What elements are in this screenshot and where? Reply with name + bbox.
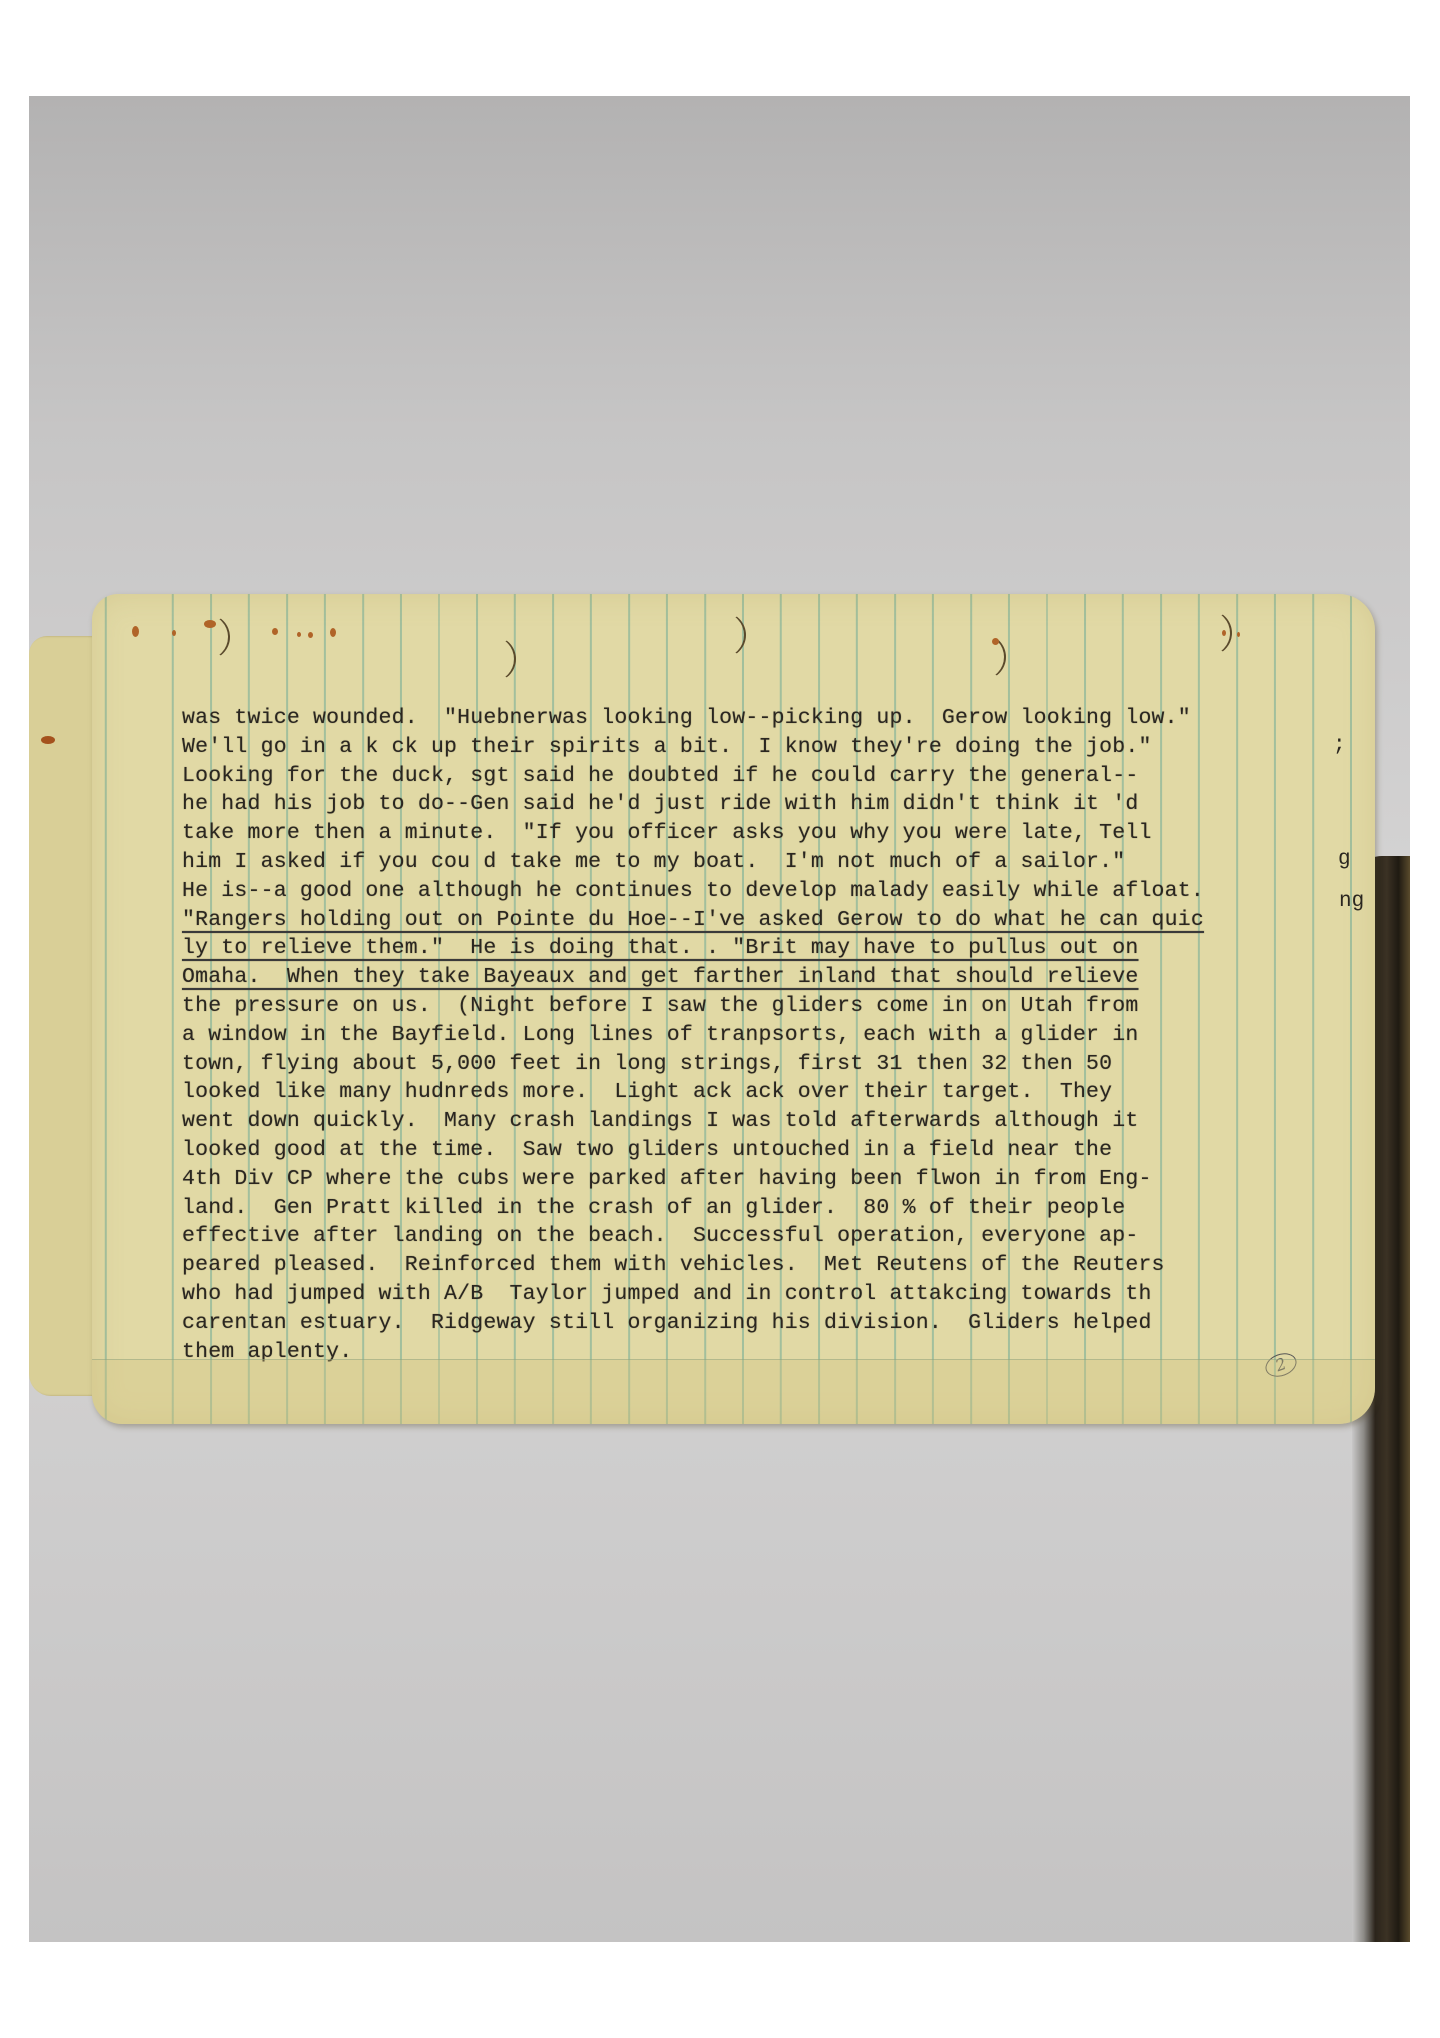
margin-semicolon: ; <box>1333 734 1346 757</box>
rust-stain <box>297 632 301 637</box>
text-line: the pressure on us. (Night before I saw … <box>182 992 1352 1021</box>
punch-hole <box>470 636 516 682</box>
text-line: he had his job to do--Gen said he'd just… <box>182 790 1352 819</box>
rust-stain <box>330 628 336 637</box>
text-line: went down quickly. Many crash landings I… <box>182 1107 1352 1136</box>
underlined-text-line: Omaha. When they take Bayeaux and get fa… <box>182 963 1352 992</box>
text-line: him I asked if you cou d take me to my b… <box>182 848 1352 877</box>
text-line: looked good at the time. Saw two gliders… <box>182 1136 1352 1165</box>
punch-hole <box>700 612 746 658</box>
scanned-photo: was twice wounded. "Huebnerwas looking l… <box>29 96 1410 1942</box>
rust-stain <box>132 626 139 637</box>
text-line: He is--a good one although he continues … <box>182 877 1352 906</box>
text-line: peared pleased. Reinforced them with veh… <box>182 1251 1352 1280</box>
punch-hole <box>960 634 1006 680</box>
rust-stain <box>308 632 313 638</box>
margin-letter-g: g <box>1338 848 1351 871</box>
note-card: was twice wounded. "Huebnerwas looking l… <box>92 594 1375 1424</box>
underlined-text-line: "Rangers holding out on Pointe du Hoe--I… <box>182 906 1352 935</box>
rust-stain <box>204 620 216 628</box>
typed-text: was twice wounded. "Huebnerwas looking l… <box>182 704 1352 1366</box>
underlined-text-line: ly to relieve them." He is doing that. .… <box>182 934 1352 963</box>
text-line: take more then a minute. "If you officer… <box>182 819 1352 848</box>
text-line: looked like many hudnreds more. Light ac… <box>182 1078 1352 1107</box>
text-line: was twice wounded. "Huebnerwas looking l… <box>182 704 1352 733</box>
text-line: them aplenty. <box>182 1338 1352 1367</box>
text-line: 4th Div CP where the cubs were parked af… <box>182 1165 1352 1194</box>
text-line: We'll go in a k ck up their spirits a bi… <box>182 733 1352 762</box>
rust-stain <box>1237 632 1240 637</box>
text-line: who had jumped with A/B Taylor jumped an… <box>182 1280 1352 1309</box>
text-line: carentan estuary. Ridgeway still organiz… <box>182 1309 1352 1338</box>
text-line: a window in the Bayfield. Long lines of … <box>182 1021 1352 1050</box>
margin-letters-ng: ng <box>1339 890 1364 913</box>
text-line: Looking for the duck, sgt said he doubte… <box>182 762 1352 791</box>
rust-stain <box>992 638 999 645</box>
text-line: town, flying about 5,000 feet in long st… <box>182 1050 1352 1079</box>
rust-stain <box>41 736 55 744</box>
rust-stain <box>172 630 176 636</box>
text-line: land. Gen Pratt killed in the crash of a… <box>182 1194 1352 1223</box>
rust-stain <box>272 628 278 635</box>
text-line: effective after landing on the beach. Su… <box>182 1222 1352 1251</box>
rust-stain <box>1222 630 1226 636</box>
